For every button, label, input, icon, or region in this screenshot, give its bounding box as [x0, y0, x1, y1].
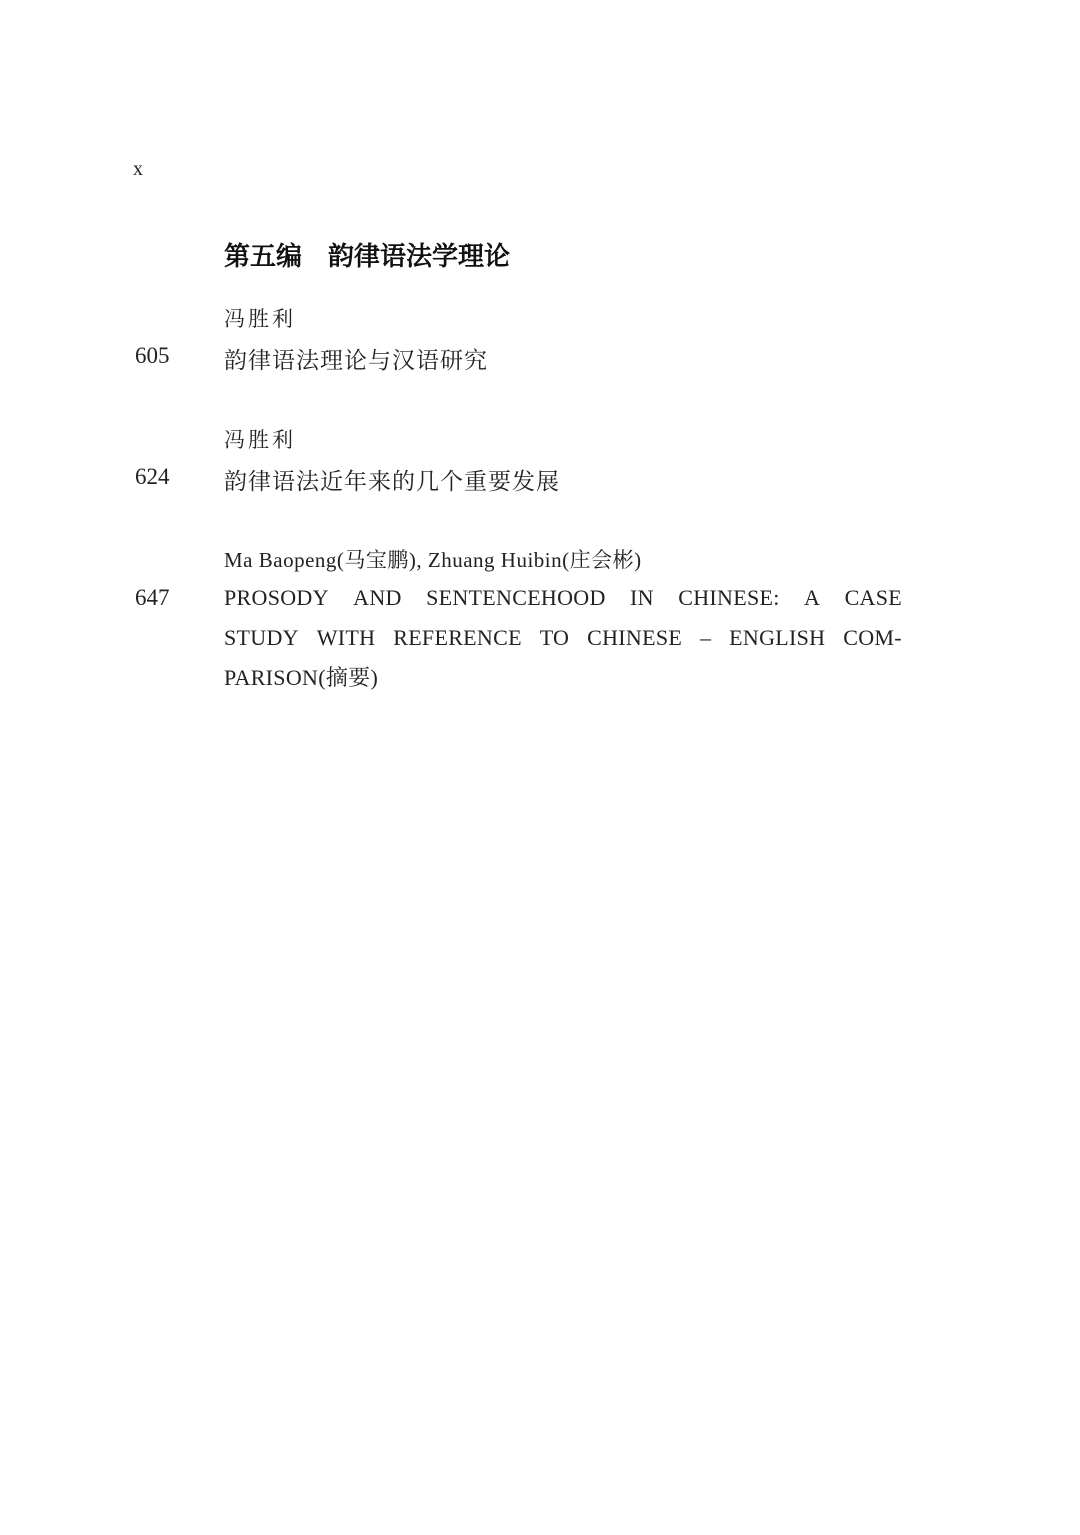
entry-title-line: PARISON(摘要)	[224, 658, 902, 698]
entry-title-line: PROSODYANDSENTENCEHOODINCHINESE:ACASE	[224, 578, 902, 618]
entry-title[interactable]: PROSODYANDSENTENCEHOODINCHINESE:ACASE ST…	[224, 578, 902, 698]
entry-page-number: 647	[135, 585, 170, 611]
entry-author: 冯胜利	[224, 303, 296, 333]
entry-author: Ma Baopeng(马宝鹏), Zhuang Huibin(庄会彬)	[224, 544, 642, 574]
entry-page-number: 624	[135, 464, 170, 490]
entry-page-number: 605	[135, 343, 170, 369]
entry-author: 冯胜利	[224, 424, 296, 454]
entry-title[interactable]: 韵律语法近年来的几个重要发展	[224, 463, 560, 496]
section-heading: 第五编 韵律语法学理论	[224, 236, 510, 273]
entry-title-line: STUDYWITHREFERENCETOCHINESE–ENGLISHCOM-	[224, 618, 902, 658]
entry-title[interactable]: 韵律语法理论与汉语研究	[224, 342, 488, 375]
page-number: x	[133, 158, 143, 181]
